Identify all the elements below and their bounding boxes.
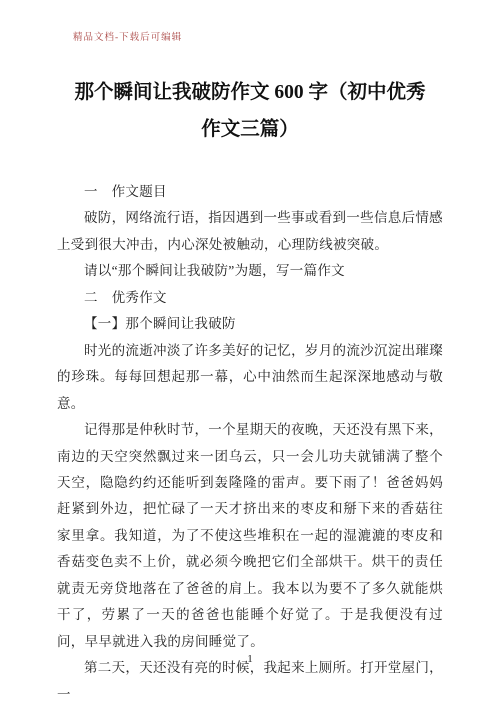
paragraph-essay-title: 【一】那个瞬间让我破防 [57,311,443,337]
document-page: 精品文档-下载后可编辑 那个瞬间让我破防作文 600 字（初中优秀 作文三篇） … [0,0,500,707]
document-title-line-1: 那个瞬间让我破防作文 600 字（初中优秀 [48,74,452,111]
paragraph-section-heading: 一 作文题目 [57,179,443,205]
paragraph-section-heading: 二 优秀作文 [57,285,443,311]
paragraph: 时光的流逝冲淡了许多美好的记忆，岁月的流沙沉淀出璀璨的珍珠。每每回想起那一幕，心… [57,338,443,417]
document-title: 那个瞬间让我破防作文 600 字（初中优秀 作文三篇） [48,74,452,148]
paragraph: 记得那是仲秋时节，一个星期天的夜晚，天还没有黑下来，南边的天空突然飘过来一团乌云… [57,417,443,655]
document-body: 一 作文题目 破防，网络流行语，指因遇到一些事或看到一些信息后情感上受到很大冲击… [57,179,443,707]
paragraph: 请以“那个瞬间让我破防”为题，写一篇作文 [57,258,443,284]
paragraph: 破防，网络流行语，指因遇到一些事或看到一些信息后情感上受到很大冲击，内心深处被触… [57,205,443,258]
page-number: 1 [0,653,500,665]
document-title-line-2: 作文三篇） [48,111,452,148]
watermark-text: 精品文档-下载后可编辑 [73,29,182,43]
